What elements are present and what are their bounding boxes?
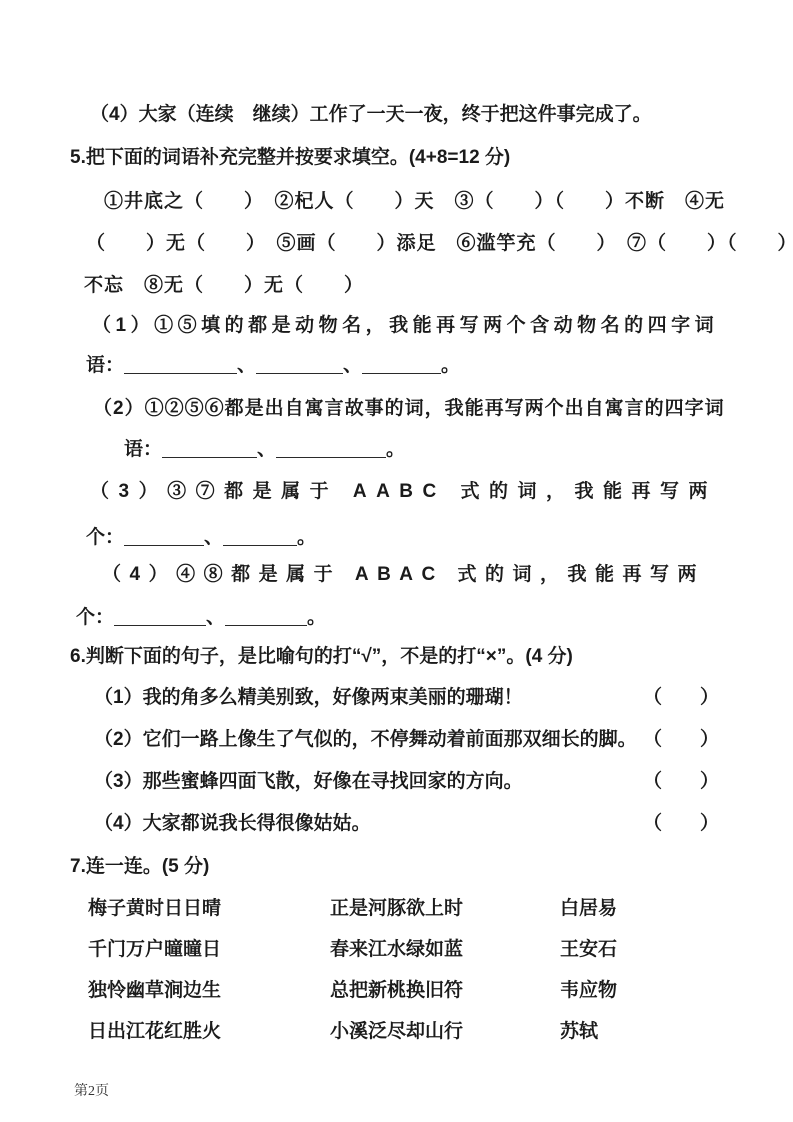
- answer-prefix: 语：: [124, 439, 162, 460]
- fill-blank[interactable]: [114, 607, 206, 626]
- q5-sub4-text: （4）④⑧都是属于 ABAC 式的词，我能再写两: [102, 562, 705, 588]
- fill-blank[interactable]: [223, 527, 297, 546]
- q5-sub1-answer-line: 语：、、。: [86, 353, 460, 379]
- q6-item-3: （3）那些蜜蜂四面飞散，好像在寻找回家的方向。: [94, 769, 523, 795]
- q7-phrase-cell[interactable]: 总把新桃换旧符: [330, 978, 463, 1004]
- q5-idiom-line-2: （ ）无（ ） ⑤画（ ）添足 ⑥滥竽充（ ） ⑦（ ）（ ）: [86, 231, 793, 257]
- separator: 、: [206, 607, 225, 628]
- q7-phrase-cell[interactable]: 日出江花红胜火: [88, 1019, 221, 1045]
- answer-prefix: 语：: [86, 355, 124, 376]
- q6-answer-bracket-4[interactable]: （ ）: [643, 811, 719, 837]
- q5-idiom-line-3: 不忘 ⑧无（ ）无（ ）: [84, 273, 364, 299]
- separator: 、: [257, 439, 276, 460]
- period: 。: [386, 439, 405, 460]
- fill-blank[interactable]: [276, 439, 386, 458]
- q5-sub2-answer-line: 语：、。: [124, 437, 405, 463]
- fill-blank[interactable]: [162, 439, 257, 458]
- q6-answer-bracket-3[interactable]: （ ）: [643, 769, 719, 795]
- q7-poet-cell[interactable]: 韦应物: [560, 978, 617, 1004]
- q6-item-4: （4）大家都说我长得很像姑姑。: [94, 811, 371, 837]
- q5-title: 5.把下面的词语补充完整并按要求填空。(4+8=12 分): [70, 145, 510, 171]
- q7-poet-cell[interactable]: 苏轼: [560, 1019, 598, 1045]
- q6-item-1: （1）我的角多么精美别致，好像两束美丽的珊瑚！: [94, 685, 523, 711]
- page-footer: 第2页: [74, 1080, 109, 1100]
- period: 。: [441, 355, 460, 376]
- q5-sub3-text: （3）③⑦都是属于 AABC 式的词，我能再写两: [90, 479, 717, 505]
- fill-blank[interactable]: [362, 355, 441, 374]
- period: 。: [297, 527, 316, 548]
- answer-prefix: 个：: [86, 527, 124, 548]
- q5-sub3-answer-line: 个：、。: [86, 525, 316, 551]
- q6-answer-bracket-1[interactable]: （ ）: [643, 685, 719, 711]
- q7-phrase-cell[interactable]: 正是河豚欲上时: [330, 896, 463, 922]
- q7-poet-cell[interactable]: 王安石: [560, 937, 617, 963]
- answer-prefix: 个：: [76, 607, 114, 628]
- separator: 、: [204, 527, 223, 548]
- fill-blank[interactable]: [124, 355, 237, 374]
- q6-answer-bracket-2[interactable]: （ ）: [643, 727, 719, 753]
- separator: 、: [237, 355, 256, 376]
- q7-title: 7.连一连。(5 分): [70, 854, 209, 880]
- test-paper-page: （4）大家（连续 继续）工作了一天一夜，终于把这件事完成了。 5.把下面的词语补…: [0, 0, 793, 1122]
- q5-idiom-line-1: ①井底之（ ） ②杞人（ ）天 ③（ ）（ ）不断 ④无: [104, 189, 725, 215]
- fill-blank[interactable]: [225, 607, 307, 626]
- separator: 、: [343, 355, 362, 376]
- q6-item-2: （2）它们一路上像生了气似的，不停舞动着前面那双细长的脚。: [94, 727, 637, 753]
- fill-blank[interactable]: [124, 527, 204, 546]
- q7-poet-cell[interactable]: 白居易: [560, 896, 617, 922]
- q7-phrase-cell[interactable]: 千门万户曈曈日: [88, 937, 221, 963]
- q5-sub4-answer-line: 个：、。: [76, 605, 326, 631]
- fill-blank[interactable]: [256, 355, 343, 374]
- q4-subitem-4: （4）大家（连续 继续）工作了一天一夜，终于把这件事完成了。: [90, 102, 652, 128]
- q7-phrase-cell[interactable]: 春来江水绿如蓝: [330, 937, 463, 963]
- q7-phrase-cell[interactable]: 小溪泛尽却山行: [330, 1019, 463, 1045]
- q7-phrase-cell[interactable]: 独怜幽草涧边生: [88, 978, 221, 1004]
- q5-sub2-text: （2）①②⑤⑥都是出自寓言故事的词，我能再写两个出自寓言的四字词: [93, 396, 725, 422]
- q6-title: 6.判断下面的句子，是比喻句的打“√”，不是的打“×”。(4 分): [70, 644, 573, 670]
- q7-phrase-cell[interactable]: 梅子黄时日日晴: [88, 896, 221, 922]
- q5-sub1-text: （1）①⑤填的都是动物名，我能再写两个含动物名的四字词: [92, 313, 718, 339]
- period: 。: [307, 607, 326, 628]
